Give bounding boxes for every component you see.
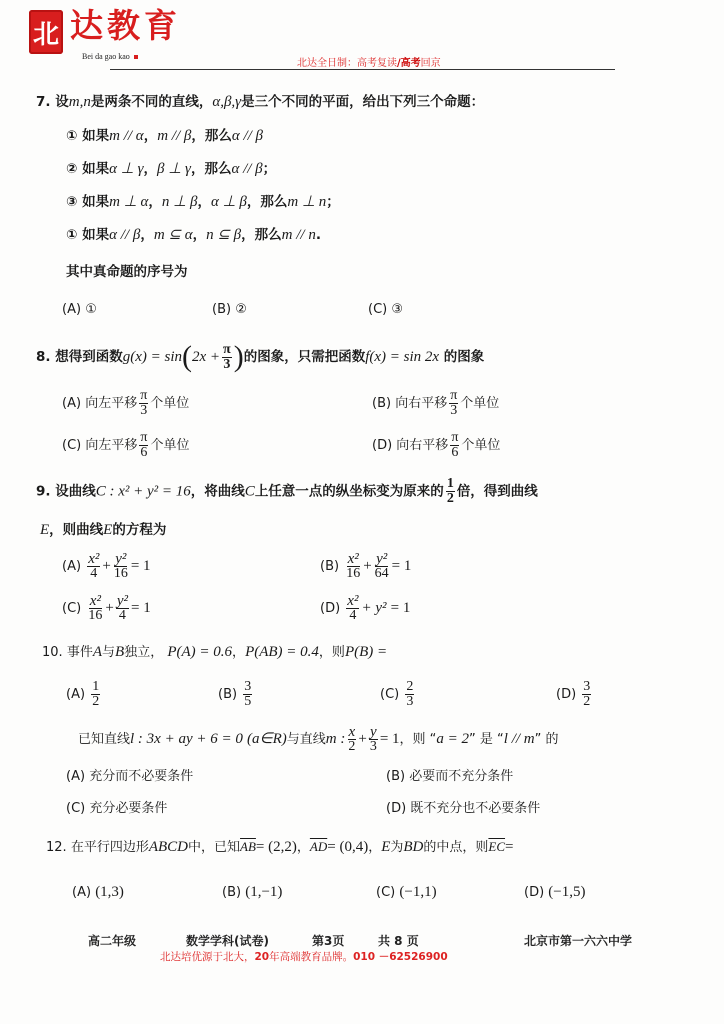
option-label: (B) [320, 559, 339, 574]
item-expr: β ⊥ γ [157, 161, 191, 177]
q10-option-c[interactable]: (C) 23 [380, 680, 416, 709]
item-expr: α ⊥ γ [109, 161, 143, 177]
q12-number: 12. [46, 840, 67, 855]
item-lead: 如果 [82, 227, 109, 243]
q12-option-d[interactable]: (D) (−1,5) [524, 884, 586, 901]
option-frac: x²16 [345, 552, 361, 581]
option-label: (D) [372, 438, 392, 453]
q7-stem-a: 设 [55, 94, 69, 110]
q7-option-a[interactable]: (A) ① [62, 302, 97, 317]
q12-option-a[interactable]: (A) (1,3) [72, 884, 124, 901]
option-frac: 23 [405, 680, 414, 709]
option-label: (A) [66, 687, 85, 702]
q11-stem-e: ” 的 [535, 732, 559, 747]
option-text: 向左平移 [85, 438, 137, 453]
q9-line2-a: ，则曲线 [49, 522, 103, 538]
frac-den: 3 [222, 358, 231, 372]
frac-num: π [139, 431, 148, 446]
q10-pb: P(B) = [345, 644, 387, 660]
frac-den: 6 [139, 446, 148, 460]
option-frac: x²4 [87, 552, 100, 581]
q12-vec-ab: AB [240, 839, 256, 854]
option-value: (−1,5) [548, 884, 585, 900]
q10-stem-c: 独立， [124, 645, 163, 660]
option-frac: y²4 [116, 594, 129, 623]
q9-stem: 9. 设曲线C : x² + y² = 16，将曲线C上任意一点的纵坐标变为原来… [36, 477, 538, 506]
q7-item-1: ① 如果m // α，m // β，那么α // β [66, 124, 263, 145]
item-sep: ，那么 [247, 194, 288, 210]
q12-vec-ad: AD [310, 839, 327, 854]
frac-den: 3 [369, 740, 378, 754]
item-mark: ① [66, 128, 77, 144]
frac-num: x² [347, 552, 360, 567]
item-expr: α // β [109, 227, 140, 243]
q9-stem-a: 设曲线 [55, 484, 96, 500]
frac-den: 4 [118, 609, 127, 623]
item-expr: m // n [282, 227, 316, 243]
option-text: 个单位 [461, 438, 500, 453]
q10-sep: ， [232, 645, 245, 660]
q12-eq: = [505, 839, 513, 855]
q10-pa: P(A) = 0.6 [167, 644, 232, 660]
option-op: + y² [361, 600, 386, 616]
option-label: (D) [524, 885, 544, 900]
option-op: + [102, 558, 110, 574]
option-text: 必要而不充分条件 [409, 769, 513, 784]
q12-option-b[interactable]: (B) (1,−1) [222, 884, 282, 901]
item-sep: ，那么 [241, 227, 282, 243]
frac-num: π [139, 389, 148, 404]
q8-f-expr: f(x) = sin 2x [365, 349, 439, 365]
logo-text: 达教育 [70, 8, 181, 44]
option-frac: x²16 [87, 594, 103, 623]
item-end: . [316, 227, 321, 243]
q8-number: 8. [36, 349, 51, 365]
q12-stem-e: 的中点，则 [423, 840, 488, 855]
logo-subtitle: Bei da gao kao [82, 52, 138, 61]
option-frac: 12 [91, 680, 100, 709]
footer-grade: 高二年级 [88, 932, 136, 949]
q9-option-b[interactable]: (B) x²16+y²64= 1 [320, 552, 411, 581]
q11-line-m: m : [326, 731, 346, 747]
q7-number: 7. [36, 94, 51, 110]
option-label: (A) [62, 302, 81, 317]
option-label: (C) [368, 302, 387, 317]
q12-sep: ， [297, 840, 310, 855]
q12-stem-c: ， [368, 840, 381, 855]
footer-ad: 北达培优源于北大，20年高端教育品牌。010 －62526900 [160, 949, 448, 964]
option-label: (A) [62, 396, 81, 411]
option-label: (D) [320, 601, 340, 616]
item-end: ； [326, 194, 340, 210]
q9-line2-b: 的方程为 [112, 522, 166, 538]
frac-den: 5 [243, 695, 252, 709]
option-text: 既不充分也不必要条件 [410, 801, 540, 816]
frac-den: 4 [348, 609, 357, 623]
q7-stem-b: 是两条不同的直线， [91, 94, 213, 110]
ad-phone: 010 －62526900 [353, 951, 448, 963]
frac-num: y² [114, 552, 127, 567]
frac-den: 4 [89, 567, 98, 581]
option-label: (D) [556, 687, 576, 702]
option-frac: x²4 [346, 594, 359, 623]
frac-den: 2 [347, 740, 356, 754]
frac-num: y² [375, 552, 388, 567]
option-text: 个单位 [150, 438, 189, 453]
q7-item-2: ② 如果α ⊥ γ，β ⊥ γ，那么α // β； [66, 157, 276, 178]
frac-num: x [348, 725, 357, 740]
q8-stem-c: 的图象 [444, 349, 485, 365]
frac-den: 3 [139, 404, 148, 418]
option-label: (D) [386, 801, 406, 816]
option-label: (C) [62, 438, 81, 453]
option-frac: 35 [243, 680, 252, 709]
q11-option-c[interactable]: (C) 充分必要条件 [66, 797, 167, 816]
item-sep: ， [193, 227, 207, 243]
footer-school: 北京市第一六六中学 [524, 932, 632, 949]
q12-var-e: E [381, 839, 390, 855]
frac-den: 2 [91, 695, 100, 709]
frac-num: y² [116, 594, 129, 609]
frac-den: 3 [449, 404, 458, 418]
q7-item-3: ③ 如果m ⊥ α，n ⊥ β，α ⊥ β，那么m ⊥ n； [66, 190, 340, 211]
frac-num: 1 [446, 477, 455, 492]
item-sep: ，那么 [191, 161, 232, 177]
q9-curve: C : x² + y² = 16 [96, 484, 191, 500]
footer-total: 共 8 页 [378, 932, 419, 949]
q9-option-c[interactable]: (C) x²16+y²4= 1 [62, 594, 151, 623]
option-rhs: = 1 [392, 558, 412, 574]
q11-cond: (a∈R) [247, 731, 287, 747]
logo-mark: 北 [29, 10, 63, 54]
option-frac: y²64 [374, 552, 390, 581]
q12-ab-val: = (2,2) [256, 839, 297, 855]
item-expr: m // α [109, 128, 144, 144]
option-rhs: = 1 [131, 600, 151, 616]
frac-den: 16 [345, 567, 361, 581]
q11-parallel: l // m [504, 731, 535, 747]
option-value: (1,3) [95, 884, 124, 900]
q10-pab: P(AB) = 0.4 [245, 644, 319, 660]
option-label: (B) [212, 302, 231, 317]
q7-stem-c: 是三个不同的平面，给出下列三个命题： [241, 94, 484, 110]
frac-den: 16 [87, 609, 103, 623]
option-frac: y²16 [113, 552, 129, 581]
q12-abcd: ABCD [149, 839, 188, 855]
item-sep: ， [144, 161, 158, 177]
q9-stem-d: 倍，得到曲线 [457, 484, 538, 500]
frac-den: 2 [582, 695, 591, 709]
q11-option-b[interactable]: (B) 必要而不充分条件 [386, 765, 513, 784]
frac-den: 3 [405, 695, 414, 709]
paren-close: ) [234, 340, 244, 373]
q11-stem: 已知直线l : 3x + ay + 6 = 0 (a∈R)与直线m :x2+y3… [78, 725, 559, 754]
q9-stem-b: ，将曲线 [191, 484, 245, 500]
option-label: (A) [66, 769, 85, 784]
frac-num: π [450, 431, 459, 446]
footer-page: 第3页 [312, 932, 344, 949]
q8-stem-a: 想得到函数 [55, 349, 123, 365]
q8-option-b[interactable]: (B) 向右平移π3个单位 [372, 389, 499, 418]
slogan-prefix: 北达全日制：高考复读 [297, 58, 397, 69]
q10-number: 10. [42, 645, 63, 660]
q11-rhs: = 1 [380, 731, 400, 747]
q8-option-a[interactable]: (A) 向左平移π3个单位 [62, 389, 189, 418]
ad-years: 20 [255, 951, 270, 963]
q8-stem-b: 的图象，只需把函数 [244, 349, 366, 365]
q12-bd: BD [403, 839, 423, 855]
q11-stem-c: ，则 “ [400, 732, 437, 747]
q8-stem: 8. 想得到函数g(x) = sin(2x +π3)的图象，只需把函数f(x) … [36, 340, 484, 374]
q11-frac-y: y3 [369, 725, 378, 754]
q9-option-d[interactable]: (D) x²4+ y² = 1 [320, 594, 410, 623]
frac-num: y [369, 725, 378, 740]
q9-stem-line2: E，则曲线E的方程为 [40, 518, 166, 539]
option-label: (C) [380, 687, 399, 702]
q9-ratio-frac: 12 [446, 477, 455, 506]
frac-num: 1 [91, 680, 100, 695]
item-expr: α // β [231, 161, 262, 177]
paren-open: ( [182, 340, 192, 373]
option-text: 向右平移 [396, 438, 448, 453]
q8-inner: 2x + [192, 349, 220, 365]
option-label: (A) [72, 885, 91, 900]
slogan-suffix: 回京 [421, 58, 441, 69]
q11-option-a[interactable]: (A) 充分而不必要条件 [66, 765, 193, 784]
q12-ad-val: = (0,4) [327, 839, 368, 855]
frac-num: x² [87, 552, 100, 567]
q12-stem: 12. 在平行四边形ABCD中，已知AB= (2,2)，AD= (0,4)，E为… [46, 836, 514, 856]
option-value: (1,−1) [245, 884, 282, 900]
option-label: (B) [386, 769, 405, 784]
q8-g-expr: g(x) = sin [123, 349, 182, 365]
option-label: (B) [222, 885, 241, 900]
option-label: (C) [62, 601, 81, 616]
item-expr: m // β [157, 128, 191, 144]
slogan-bold: /高考 [397, 58, 421, 69]
footer-subject: 数学学科(试卷) [186, 932, 269, 949]
item-sep: ， [144, 128, 158, 144]
q10-stem: 10. 事件A与B独立， P(A) = 0.6，P(AB) = 0.4，则P(B… [42, 641, 387, 661]
item-expr: α ⊥ β [211, 194, 247, 210]
option-frac: π6 [450, 431, 459, 460]
q12-stem-d: 为 [390, 840, 403, 855]
option-label: (C) [376, 885, 395, 900]
ad-text: 北达培优源于北大， [160, 951, 255, 963]
q7-vars: m,n [69, 94, 91, 110]
q12-option-c[interactable]: (C) (−1,1) [376, 884, 437, 901]
item-lead: 如果 [82, 194, 109, 210]
q7-item-4: ① 如果α // β，m ⊆ α，n ⊆ β，那么m // n. [66, 223, 321, 244]
option-frac: π3 [449, 389, 458, 418]
q9-number: 9. [36, 484, 51, 500]
item-mark: ② [66, 161, 77, 177]
frac-num: x² [89, 594, 102, 609]
q11-stem-d: ” 是 “ [469, 732, 504, 747]
frac-den: 64 [374, 567, 390, 581]
frac-num: 3 [582, 680, 591, 695]
option-op: + [105, 600, 113, 616]
option-text: 个单位 [150, 396, 189, 411]
frac-den: 6 [450, 446, 459, 460]
item-sep: ， [148, 194, 162, 210]
option-text: 向右平移 [395, 396, 447, 411]
q10-stem-a: 事件 [67, 645, 93, 660]
frac-num: x² [346, 594, 359, 609]
item-sep: ， [140, 227, 154, 243]
q12-vec-ec: EC [488, 839, 505, 854]
logo-mark-char: 北 [33, 14, 59, 51]
item-lead: 如果 [82, 128, 109, 144]
option-value: ① [85, 302, 97, 317]
q11-plus: + [358, 731, 366, 747]
q11-frac-x: x2 [347, 725, 356, 754]
option-label: (B) [372, 396, 391, 411]
q11-line-l: l : 3x + ay + 6 = 0 [130, 731, 243, 747]
q11-a-eq: a = 2 [436, 731, 469, 747]
item-mark: ① [66, 227, 77, 243]
q7-option-b[interactable]: (B) ② [212, 302, 247, 317]
q10-option-a[interactable]: (A) 12 [66, 680, 102, 709]
option-frac: π3 [139, 389, 148, 418]
q10-option-b[interactable]: (B) 35 [218, 680, 254, 709]
q8-inner-frac: π3 [222, 343, 232, 372]
option-frac: 32 [582, 680, 591, 709]
option-label: (B) [218, 687, 237, 702]
q10-option-d[interactable]: (D) 32 [556, 680, 593, 709]
q10-var: A [93, 644, 102, 660]
item-lead: 如果 [82, 161, 109, 177]
q9-stem-c: 上任意一点的纵坐标变为原来的 [255, 484, 444, 500]
frac-num: π [222, 343, 232, 358]
item-expr: m ⊆ α [154, 227, 193, 243]
q9-c-var: C [245, 484, 255, 500]
q10-stem-b: 与 [102, 645, 115, 660]
frac-num: 2 [405, 680, 414, 695]
item-end: ； [263, 161, 277, 177]
q7-stem: 7. 设m,n是两条不同的直线，α,β,γ是三个不同的平面，给出下列三个命题： [36, 90, 484, 111]
q12-stem-b: 中，已知 [188, 840, 240, 855]
q8-option-c[interactable]: (C) 向左平移π6个单位 [62, 431, 189, 460]
item-expr: m ⊥ α [109, 194, 148, 210]
q9-e-var: E [40, 522, 49, 538]
item-sep: ， [197, 194, 211, 210]
q9-e-var: E [103, 522, 112, 538]
option-rhs: = 1 [131, 558, 151, 574]
q7-option-c[interactable]: (C) ③ [368, 302, 403, 317]
item-sep: ，那么 [191, 128, 232, 144]
q10-var: B [115, 644, 124, 660]
item-expr: α // β [232, 128, 263, 144]
item-mark: ③ [66, 194, 77, 210]
q9-option-a[interactable]: (A) x²4+y²16= 1 [62, 552, 151, 581]
item-expr: n ⊆ β [206, 227, 241, 243]
frac-num: 3 [243, 680, 252, 695]
frac-num: π [449, 389, 458, 404]
option-text: 个单位 [460, 396, 499, 411]
option-text: 充分必要条件 [89, 801, 167, 816]
option-text: 向左平移 [85, 396, 137, 411]
option-text: 充分而不必要条件 [89, 769, 193, 784]
option-label: (C) [66, 801, 85, 816]
q11-stem-a: 已知直线 [78, 732, 130, 747]
header-divider [110, 69, 615, 70]
header-slogan: 北达全日制：高考复读/高考回京 [297, 54, 441, 69]
option-label: (A) [62, 559, 81, 574]
frac-den: 2 [446, 492, 455, 506]
q7-planes: α,β,γ [212, 94, 241, 110]
frac-den: 16 [113, 567, 129, 581]
q7-prompt: 其中真命题的序号为 [66, 260, 188, 280]
q10-stem-d: ，则 [319, 645, 345, 660]
option-op: + [363, 558, 371, 574]
q11-option-d[interactable]: (D) 既不充分也不必要条件 [386, 797, 540, 816]
ad-text: 年高端教育品牌。 [269, 951, 353, 963]
logo-dot-icon [134, 55, 138, 59]
option-value: (−1,1) [399, 884, 436, 900]
q12-stem-a: 在平行四边形 [71, 840, 149, 855]
option-value: ③ [391, 302, 403, 317]
option-frac: π6 [139, 431, 148, 460]
option-value: ② [235, 302, 247, 317]
q8-option-d[interactable]: (D) 向右平移π6个单位 [372, 431, 500, 460]
item-expr: m ⊥ n [287, 194, 326, 210]
q11-stem-b: 与直线 [287, 732, 326, 747]
item-expr: n ⊥ β [162, 194, 198, 210]
logo-subtitle-text: Bei da gao kao [82, 52, 130, 61]
option-rhs: = 1 [391, 600, 411, 616]
